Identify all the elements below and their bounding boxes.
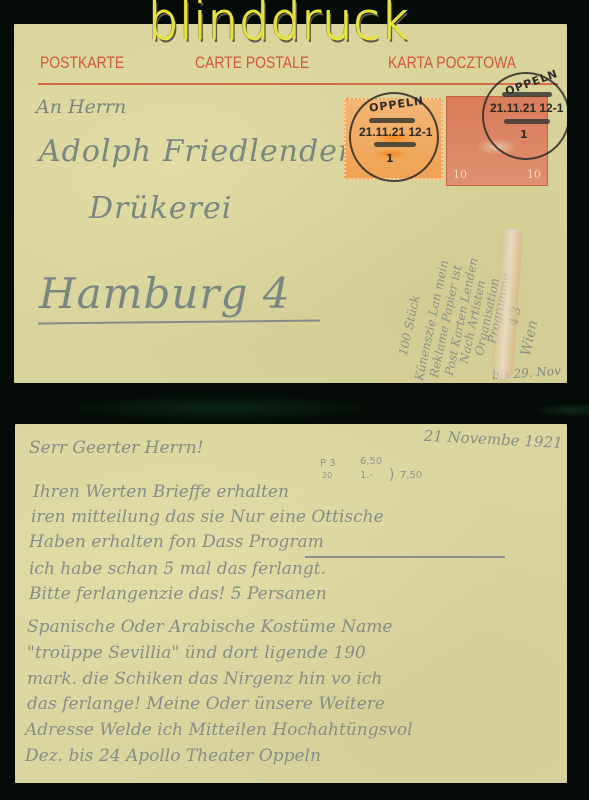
letter-line: Spanische Oder Arabische Kostüme Name — [27, 617, 392, 637]
header-divider — [38, 83, 558, 85]
postmark-bar — [502, 92, 552, 97]
watermark: blinddruck — [148, 0, 409, 52]
letter-line: Adresse Welde ich Mitteilen Hochahtüngsv… — [25, 720, 413, 740]
postmark-bar — [504, 119, 550, 124]
letter-line: Dez. bis 24 Apollo Theater Oppeln — [25, 746, 321, 766]
address-line2: Drükerei — [89, 191, 232, 226]
letter-line: iren mitteilung das sie Nur eine Ottisch… — [31, 507, 384, 527]
letter-line: Bitte ferlangenzie das! 5 Persanen — [29, 584, 327, 604]
stain — [491, 228, 523, 379]
accounting-label: P 3 — [320, 458, 336, 469]
address-name: Adolph Friedlender — [39, 134, 353, 169]
letter-line: ich habe schan 5 mal das ferlangt. — [29, 559, 326, 579]
letter-line: das ferlange! Meine Oder ünsere Weitere — [27, 694, 385, 714]
underline — [305, 556, 505, 558]
letter-line: Serr Geerter Herrn! — [29, 438, 204, 458]
postmark-bar — [374, 142, 416, 147]
header-karta-pocztowa: KARTA POCZTOWA — [388, 53, 516, 73]
accounting-value: 6,50 — [360, 456, 382, 467]
postmark-date: 21.11.21 12-1 — [490, 101, 563, 115]
accounting-value: 1.- — [360, 470, 373, 481]
header-postkarte: POSTKARTE — [40, 53, 124, 73]
letter-line: "troüppe Sevillia" ünd dort ligende 190 — [27, 643, 366, 663]
accounting-label: 20 — [322, 471, 332, 480]
indicium-value-left: 10 — [453, 168, 467, 181]
address-salutation: An Herrn — [36, 96, 126, 118]
postmark-date: 21.11.21 12-1 — [359, 125, 432, 139]
header-carte-postale: CARTE POSTALE — [195, 53, 309, 73]
letter-line: mark. die Schiken das Nirgenz hin vo ich — [27, 669, 382, 689]
postcard-front: POSTKARTE CARTE POSTALE KARTA POCZTOWA A… — [14, 24, 567, 383]
address-underline — [38, 320, 320, 325]
postmark-office: 1 — [520, 128, 529, 141]
indicium-value-right: 10 — [527, 168, 541, 181]
postmark-bar — [369, 118, 415, 123]
accounting-brace: ) — [389, 467, 394, 483]
postmark-office: 1 — [386, 152, 395, 165]
side-note: Wien — [518, 319, 541, 357]
address-city: Hamburg 4 — [39, 269, 290, 318]
accounting-total: 7,50 — [400, 470, 422, 481]
letter-line: Haben erhalten fon Dass Program — [29, 532, 324, 552]
letter-date: 21 Novembe 1921 — [423, 427, 563, 452]
postcard-back: 21 Novembe 1921 P 3 6,50 20 1.- ) 7,50 S… — [15, 424, 567, 783]
letter-line: Ihren Werten Brieffe erhalten — [33, 482, 289, 502]
